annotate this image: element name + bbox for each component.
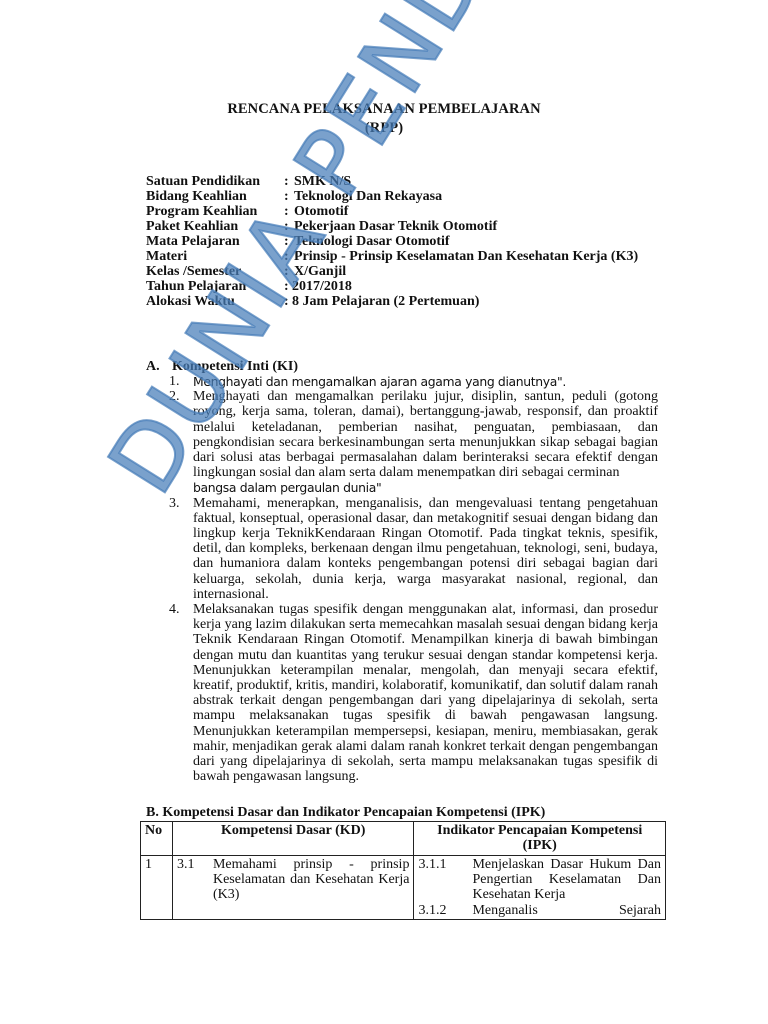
identity-label: Paket Keahlian <box>146 219 238 234</box>
identity-separator: : <box>284 219 289 234</box>
identity-separator: : <box>284 234 289 249</box>
list-item: 1. Menghayati dan mengamalkan ajaran aga… <box>146 374 658 389</box>
identity-value: Prinsip - Prinsip Keselamatan Dan Keseha… <box>294 249 638 264</box>
list-item: 4. Melaksanakan tugas spesifik dengan me… <box>146 602 658 784</box>
column-header-ipk: Indikator Pencapaian Kompetensi (IPK) <box>414 822 666 856</box>
ipk-entry: 3.1.1 Menjelaskan Dasar Hukum Dan Penger… <box>418 857 661 903</box>
identity-label: Tahun Pelajaran <box>146 279 246 294</box>
list-text: Menghayati dan mengamalkan perilaku juju… <box>193 389 658 480</box>
kd-ipk-table: No Kompetensi Dasar (KD) Indikator Penca… <box>140 821 666 920</box>
kd-code: 3.1 <box>177 857 195 872</box>
list-text: Melaksanakan tugas spesifik dengan mengg… <box>193 602 658 784</box>
identity-label: Alokasi Waktu <box>146 294 235 309</box>
list-item: 2. Menghayati dan mengamalkan perilaku j… <box>146 389 658 495</box>
identity-value: Teknologi Dasar Otomotif <box>294 234 450 249</box>
document-page: RENCANA PELAKSANAAN PEMBELAJARAN (RPP) S… <box>0 0 768 1024</box>
identity-label: Program Keahlian <box>146 204 257 219</box>
identity-separator: : <box>284 264 289 279</box>
cell-ipk: 3.1.1 Menjelaskan Dasar Hukum Dan Penger… <box>414 856 666 920</box>
identity-value: Pekerjaan Dasar Teknik Otomotif <box>294 219 497 234</box>
ipk-text: Menjelaskan Dasar Hukum Dan Pengertian K… <box>472 857 661 902</box>
identity-value: X/Ganjil <box>294 264 346 279</box>
list-text: Menghayati dan mengamalkan ajaran agama … <box>193 374 658 389</box>
identity-value: Otomotif <box>294 204 348 219</box>
section-kompetensi-inti: A. Kompetensi Inti (KI) 1. Menghayati da… <box>146 359 658 784</box>
section-letter: A. <box>146 359 160 374</box>
document-subtitle: (RPP) <box>0 120 768 137</box>
identity-separator: : <box>284 294 289 309</box>
identity-separator: : <box>284 279 289 294</box>
identity-separator: : <box>284 249 289 264</box>
identity-value: Teknologi Dan Rekayasa <box>294 189 442 204</box>
list-number: 4. <box>169 602 180 617</box>
cell-no: 1 <box>141 856 173 920</box>
identity-label: Bidang Keahlian <box>146 189 247 204</box>
section-kompetensi-dasar-heading: B. Kompetensi Dasar dan Indikator Pencap… <box>146 805 545 821</box>
column-header-kd: Kompetensi Dasar (KD) <box>172 822 413 856</box>
identity-separator: : <box>284 189 289 204</box>
kd-text: Memahami prinsip - prinsip Keselamatan d… <box>213 857 409 902</box>
column-header-no: No <box>141 822 173 856</box>
list-text: Memahami, menerapkan, menganalisis, dan … <box>193 496 658 602</box>
list-number: 2. <box>169 389 180 404</box>
identity-value: 8 Jam Pelajaran (2 Pertemuan) <box>292 294 479 309</box>
identity-label: Materi <box>146 249 187 264</box>
ipk-text: Menganalis Sejarah <box>472 903 661 918</box>
table-row: 1 3.1 Memahami prinsip - prinsip Keselam… <box>141 856 666 920</box>
identity-value: SMK N/S <box>294 174 351 189</box>
document-title: RENCANA PELAKSANAAN PEMBELAJARAN <box>0 101 768 118</box>
identity-label: Mata Pelajaran <box>146 234 240 249</box>
identity-label: Satuan Pendidikan <box>146 174 260 189</box>
identity-separator: : <box>284 174 289 189</box>
identity-separator: : <box>284 204 289 219</box>
ipk-code: 3.1.1 <box>418 857 446 872</box>
kd-entry: 3.1 Memahami prinsip - prinsip Keselamat… <box>177 857 409 903</box>
ipk-entry: 3.1.2 Menganalis Sejarah <box>418 903 661 918</box>
list-item: 3. Memahami, menerapkan, menganalisis, d… <box>146 496 658 602</box>
ipk-code: 3.1.2 <box>418 903 446 918</box>
cell-kd: 3.1 Memahami prinsip - prinsip Keselamat… <box>172 856 413 920</box>
list-number: 1. <box>169 374 180 389</box>
section-heading: A. Kompetensi Inti (KI) <box>146 359 658 374</box>
list-number: 3. <box>169 496 180 511</box>
list-text-tail: bangsa dalam pergaulan dunia" <box>193 480 658 495</box>
section-title: Kompetensi Inti (KI) <box>172 359 298 374</box>
ki-list: 1. Menghayati dan mengamalkan ajaran aga… <box>146 374 658 784</box>
identity-value: 2017/2018 <box>292 279 352 294</box>
identity-label: Kelas /Semester <box>146 264 241 279</box>
table-header-row: No Kompetensi Dasar (KD) Indikator Penca… <box>141 822 666 856</box>
